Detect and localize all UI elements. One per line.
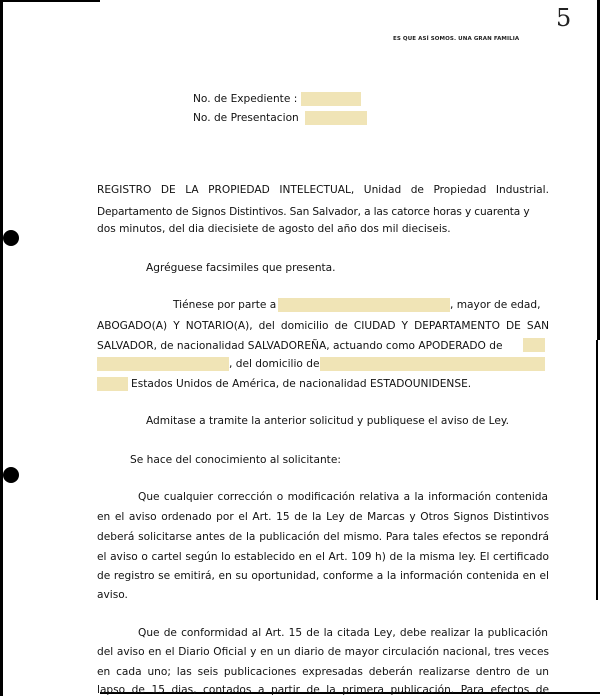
p2-agreguese: Agréguese facsimiles que presenta. (146, 261, 336, 275)
redacted-address-2 (97, 377, 128, 391)
p3-line-2: ABOGADO(A) Y NOTARIO(A), del domicilio d… (97, 319, 549, 333)
scan-border-right-lower (596, 340, 598, 600)
redacted-owner-1 (523, 338, 545, 352)
p1-line-1: REGISTRO DE LA PROPIEDAD INTELECTUAL, Un… (97, 183, 549, 197)
p1-line-2: Departamento de Signos Distintivos. San … (97, 205, 529, 219)
punch-hole-icon (3, 467, 19, 483)
scan-border-top (0, 0, 100, 2)
p6-line-5: de registro se emitirá, en su oportunida… (97, 569, 549, 583)
presentacion-value-redacted (305, 111, 367, 125)
p1-line-3: dos minutos, del dia diecisiete de agost… (97, 222, 451, 236)
redacted-owner-2 (97, 357, 229, 371)
p3-line-1-post: , mayor de edad, (450, 298, 540, 312)
p7-line-1: Que de conformidad al Art. 15 de la cita… (138, 626, 548, 640)
p4-admitase: Admitase a tramite la anterior solicitud… (146, 414, 509, 428)
p6-line-3: deberá solicitarse antes de la publicaci… (97, 530, 549, 544)
p6-line-6: aviso. (97, 588, 128, 602)
page-number: 5 (556, 4, 571, 32)
redacted-address-1 (320, 357, 545, 371)
p3-line-5: Estados Unidos de América, de nacionalid… (131, 377, 471, 391)
p3-line-3: SALVADOR, de nacionalidad SALVADOREÑA, a… (97, 339, 502, 353)
p5-conocimiento: Se hace del conocimiento al solicitante: (130, 453, 341, 467)
p7-line-3: en cada uno; las seis publicaciones expr… (97, 665, 549, 679)
p7-line-4: lapso de 15 dias, contados a partir de l… (97, 683, 549, 696)
redacted-name (278, 298, 450, 312)
expediente-value-redacted (301, 92, 361, 106)
header-slogan: ES QUE ASÍ SOMOS. UNA GRAN FAMILIA (393, 36, 519, 42)
punch-hole-icon (3, 230, 19, 246)
p6-line-1: Que cualquier corrección o modificación … (138, 490, 548, 504)
expediente-label: No. de Expediente : (193, 92, 297, 106)
p6-line-4: el aviso o cartel según lo establecido e… (97, 550, 549, 564)
p3-line-1-pre: Tiénese por parte a (173, 298, 276, 312)
p6-line-2: en el aviso ordenado por el Art. 15 de l… (97, 510, 549, 524)
presentacion-label: No. de Presentacion (193, 111, 299, 125)
p7-line-2: del aviso en el Diario Oficial y en un d… (97, 645, 549, 659)
scan-border-left (0, 0, 3, 696)
p3-line-4: , del domicilio de (229, 357, 320, 371)
